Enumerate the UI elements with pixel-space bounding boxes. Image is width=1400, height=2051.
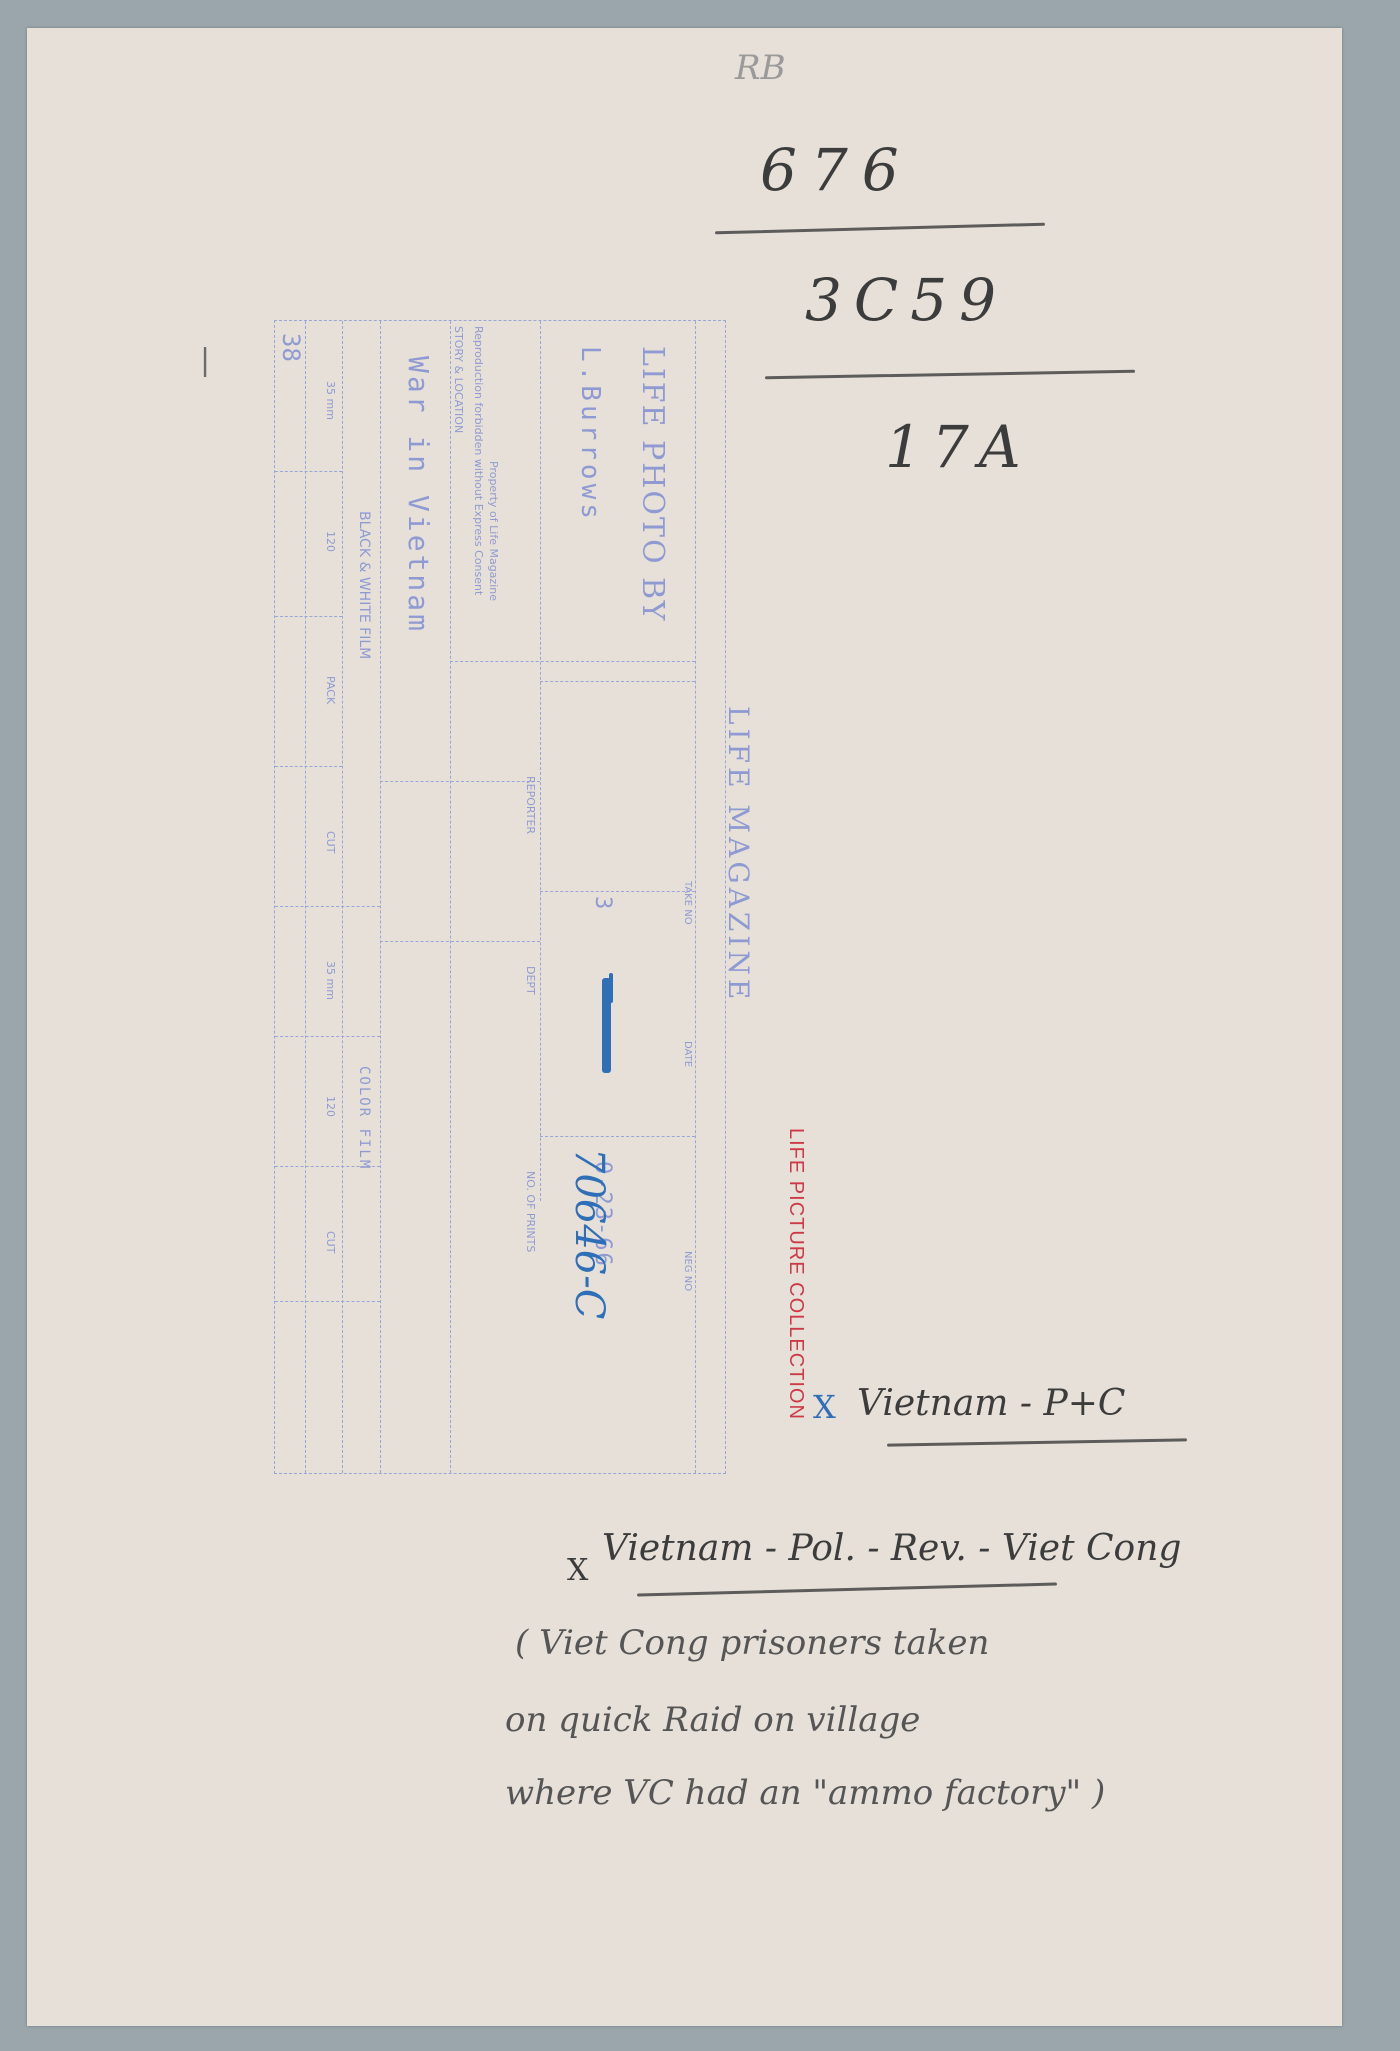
index-note-2-mark: X [567,1553,588,1588]
index-note-2-rule [637,1583,1057,1597]
index-note-1-mark: X [813,1388,836,1426]
caption-line-3: where VC had an "ammo factory" ) [505,1773,1105,1813]
number-bottom: 17A [885,413,1031,481]
blue-pencil-strike-2 [609,973,613,1003]
photo-verso-paper: RB 676 3C59 17A | 38 35 mm 120 PACK CUT … [27,28,1342,2026]
roll-number: 38 [277,333,305,362]
reporter-label: REPORTER [524,776,537,834]
color-film-label: COLOR FILM [356,1066,372,1170]
header-rule-2 [765,370,1135,379]
number-middle: 3C59 [805,266,1008,334]
photographer-name: L.Burrows [575,346,605,523]
take-no-label: TAKE NO [682,881,693,925]
header-rule-1 [715,223,1045,235]
color-35mm-label: 35 mm [324,961,337,1000]
date-label: DATE [682,1041,693,1067]
blue-pencil-number: 70646-C [566,1148,612,1319]
no-of-prints-label: NO. OF PRINTS [524,1171,537,1252]
color-cut-label: CUT [324,1231,337,1253]
dept-label: DEPT [524,966,537,995]
property-line: Property of Life Magazine [487,461,500,601]
caption-line-2: on quick Raid on village [505,1700,920,1740]
initials: RB [735,48,786,88]
bw-pack-label: PACK [324,676,337,704]
bw-35mm-label: 35 mm [324,381,337,420]
index-note-2: Vietnam - Pol. - Rev. - Viet Cong [602,1528,1181,1569]
index-note-1-rule [887,1438,1187,1446]
story-location-label: STORY & LOCATION [452,326,465,433]
bw-film-label: BLACK & WHITE FILM [356,511,372,659]
bw-cut-label: CUT [324,831,337,853]
story-location-value: War in Vietnam [402,356,435,634]
margin-mark: | [200,343,210,378]
photo-by-label: LIFE PHOTO BY [635,346,670,622]
bw-120-label: 120 [324,531,337,552]
caption-line-1: ( Viet Cong prisoners taken [515,1623,989,1663]
take-no-value: 3 [590,896,615,909]
index-note-1: Vietnam - P+C [857,1383,1125,1424]
neg-no-label: NEG NO [682,1251,693,1291]
reproduction-line: Reproduction forbidden without Express C… [472,326,485,595]
number-top: 676 [760,136,913,204]
color-120-label: 120 [324,1096,337,1117]
life-masthead: LIFE MAGAZINE [722,706,755,1003]
life-stamp-box: 38 35 mm 120 PACK CUT 35 mm 120 CUT BLAC… [274,320,726,1474]
life-picture-collection-stamp: LIFE PICTURE COLLECTION [784,1128,807,1420]
